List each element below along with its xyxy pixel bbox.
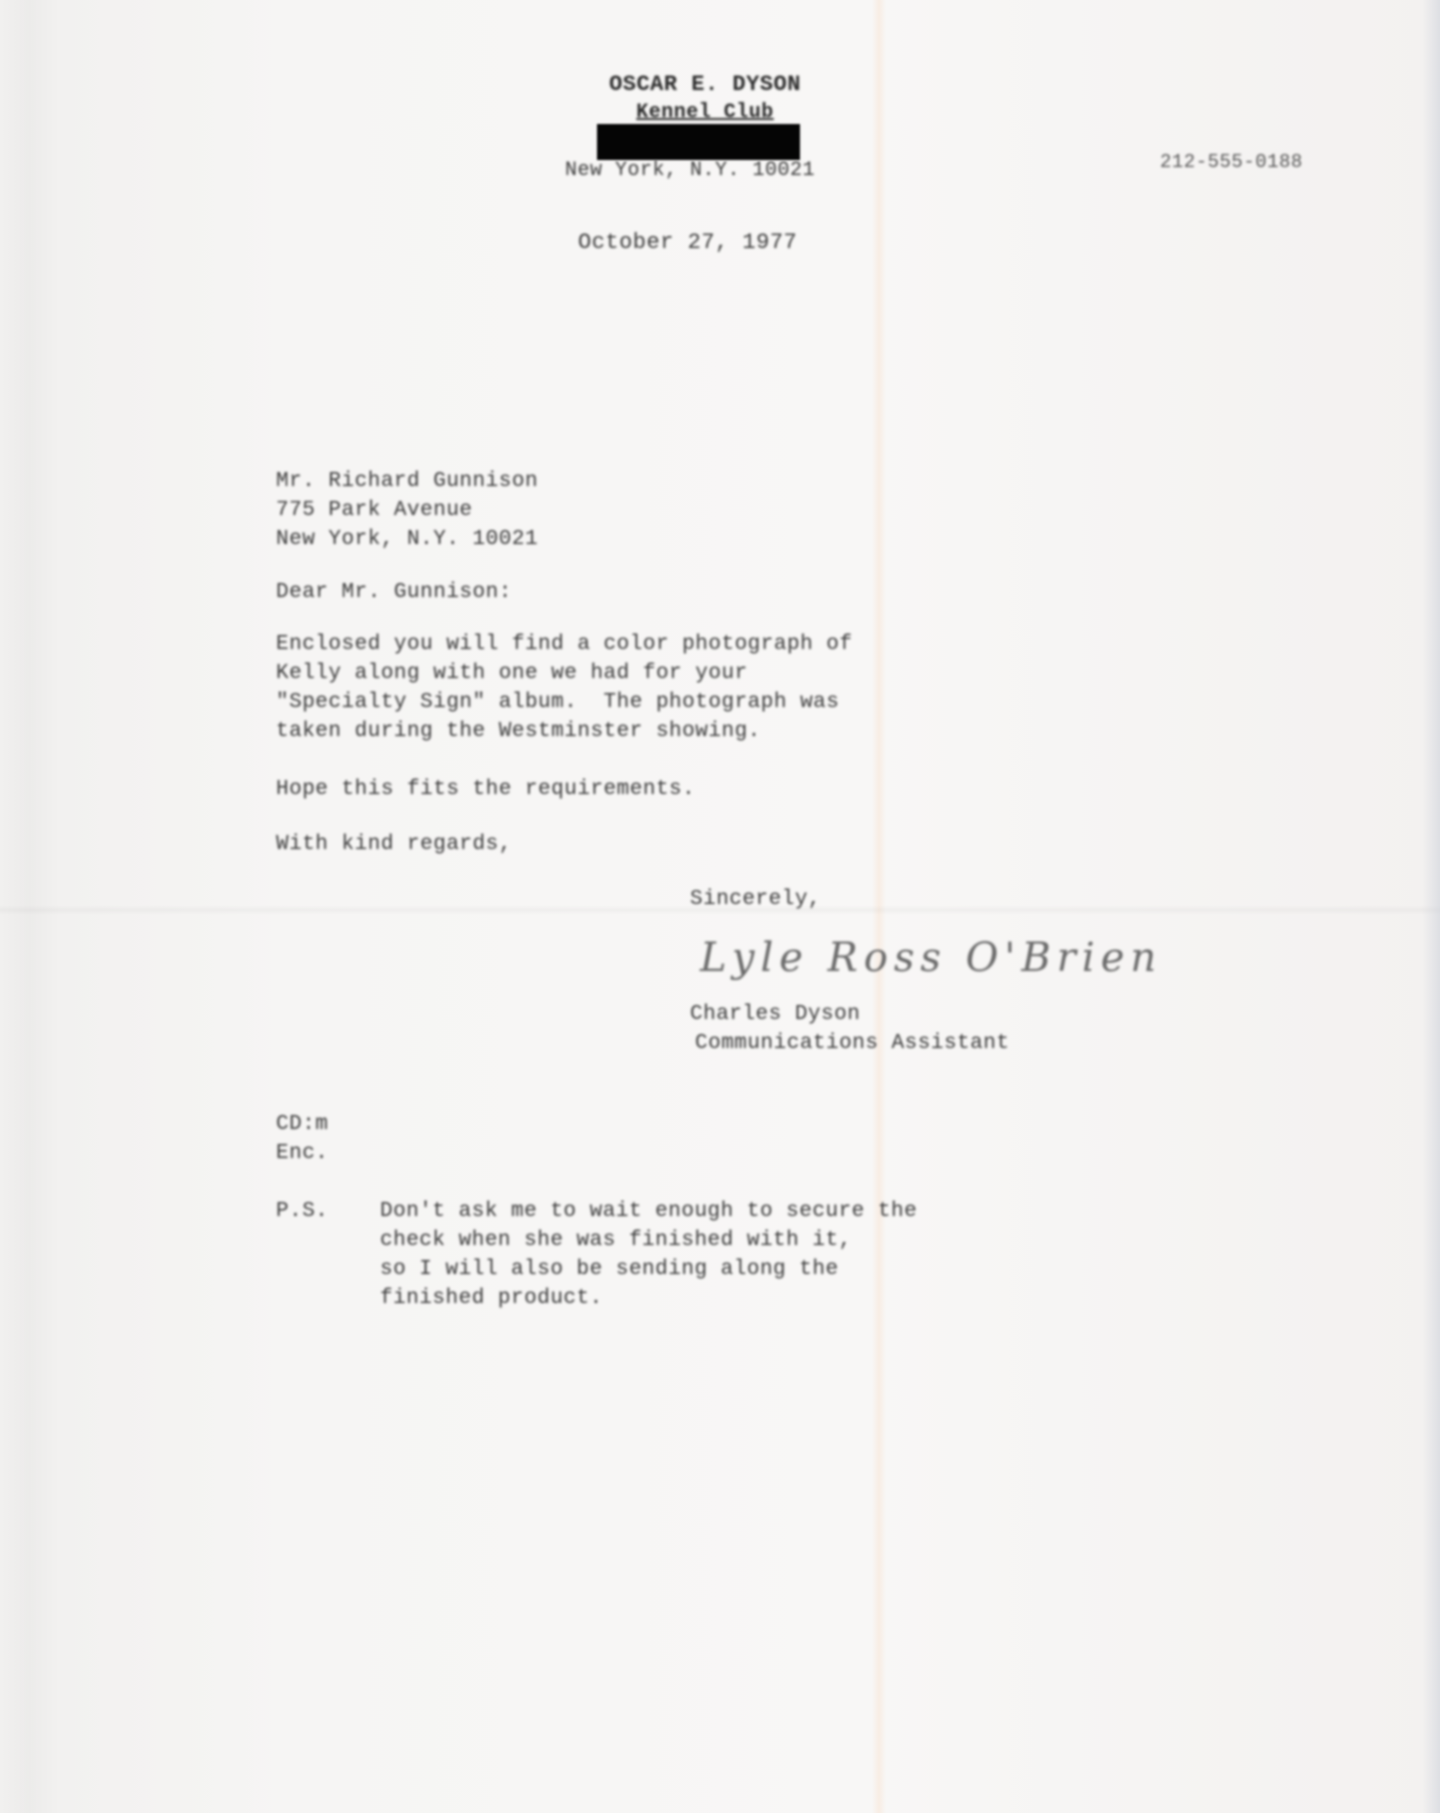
body-line: Kelly along with one we had for your xyxy=(276,659,748,688)
redaction-bar xyxy=(597,124,800,160)
ps-line: so I will also be sending along the xyxy=(380,1255,839,1284)
recipient-line: Mr. Richard Gunnison xyxy=(276,467,538,496)
body-line: taken during the Westminster showing. xyxy=(276,717,761,746)
enclosure-note: Enc. xyxy=(276,1139,328,1168)
letterhead-city: New York, N.Y. 10021 xyxy=(565,156,845,185)
letterhead-name: OSCAR E. DYSON xyxy=(560,70,850,99)
body-line: "Specialty Sign" album. The photograph w… xyxy=(276,688,839,717)
recipient-line: New York, N.Y. 10021 xyxy=(276,525,538,554)
letterhead-subtitle: Kennel Club xyxy=(560,98,850,127)
typed-title: Communications Assistant xyxy=(695,1029,1009,1058)
letter-date: October 27, 1977 xyxy=(578,228,797,257)
letterhead-phone: 212-555-0188 xyxy=(1160,148,1303,177)
ps-line: Don't ask me to wait enough to secure th… xyxy=(380,1197,917,1226)
ps-line: check when she was finished with it, xyxy=(380,1226,852,1255)
salutation: Dear Mr. Gunnison: xyxy=(276,578,512,607)
recipient-line: 775 Park Avenue xyxy=(276,496,473,525)
ps-line: finished product. xyxy=(380,1284,603,1313)
page-edge-shadow xyxy=(1422,0,1440,1813)
body-closing-line: With kind regards, xyxy=(276,830,512,859)
typed-name: Charles Dyson xyxy=(690,1000,860,1029)
valediction: Sincerely, xyxy=(690,885,821,914)
handwritten-signature: Lyle Ross O'Brien xyxy=(700,935,1060,1005)
typist-initials: CD:m xyxy=(276,1110,328,1139)
body-line: Hope this fits the requirements. xyxy=(276,775,695,804)
ps-label: P.S. xyxy=(276,1197,328,1226)
body-line: Enclosed you will find a color photograp… xyxy=(276,630,853,659)
